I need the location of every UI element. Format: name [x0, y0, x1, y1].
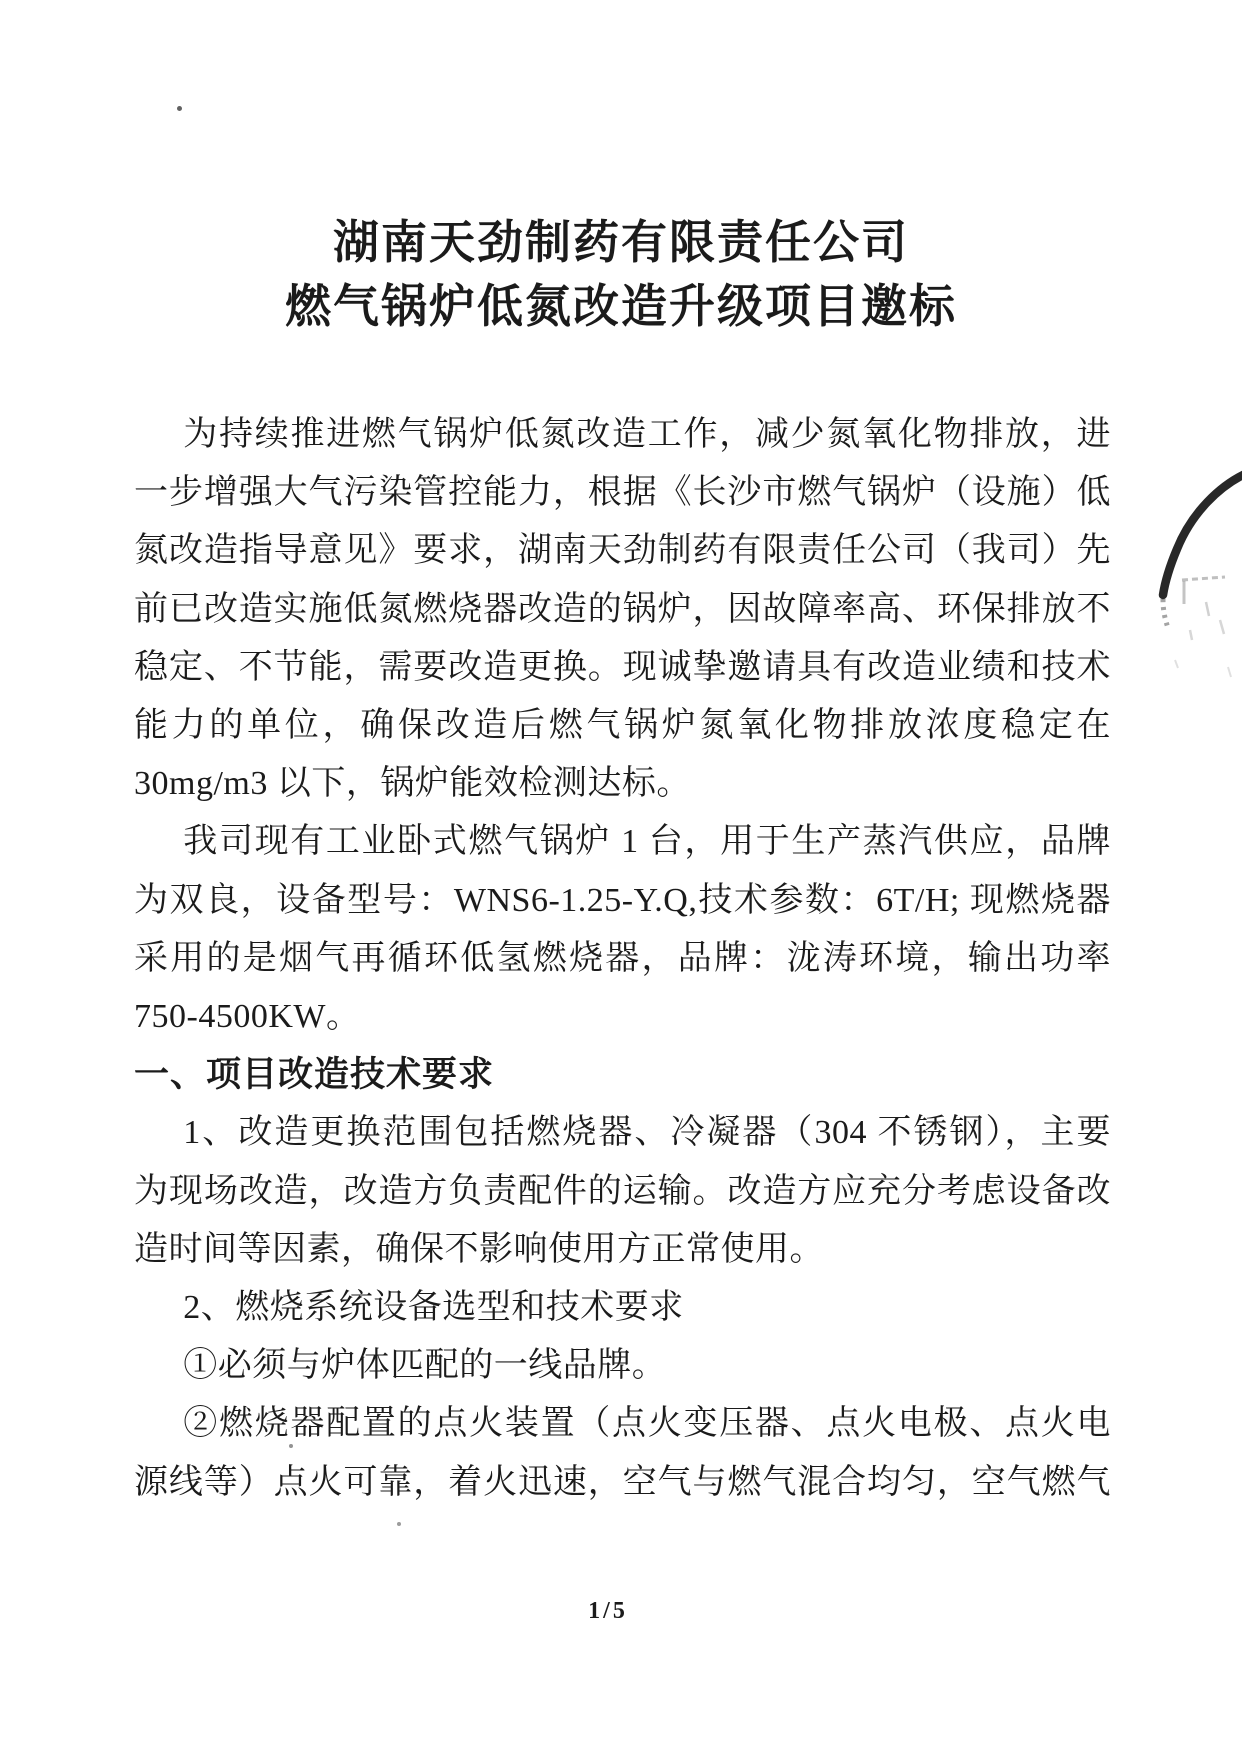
- text-line: ①必须与炉体匹配的一线品牌。: [134, 1337, 1111, 1395]
- text-line: 采用的是烟气再循环低氢燃烧器，品牌：泷涛环境，输出功率: [134, 930, 1111, 988]
- text-line: 750-4500KW。: [134, 988, 1111, 1046]
- text-line: 前已改造实施低氮燃烧器改造的锅炉，因故障率高、环保排放不: [134, 581, 1111, 639]
- scan-speck: [397, 1522, 401, 1526]
- text-line: 稳定、不节能，需要改造更换。现诚挚邀请具有改造业绩和技术: [134, 639, 1111, 697]
- document-body: 为持续推进燃气锅炉低氮改造工作，减少氮氧化物排放，进一步增强大气污染管控能力，根…: [134, 406, 1111, 1512]
- text-line: 为双良，设备型号：WNS6-1.25-Y.Q,技术参数：6T/H; 现燃烧器: [134, 872, 1111, 930]
- scanned-document-page: 湖南天劲制药有限责任公司 燃气锅炉低氮改造升级项目邀标 为持续推进燃气锅炉低氮改…: [0, 0, 1242, 1754]
- document-title: 湖南天劲制药有限责任公司 燃气锅炉低氮改造升级项目邀标: [0, 210, 1242, 338]
- stamp-seal-arc-icon: [1148, 452, 1242, 742]
- text-line: 为持续推进燃气锅炉低氮改造工作，减少氮氧化物排放，进: [134, 406, 1111, 464]
- text-line: ②燃烧器配置的点火装置（点火变压器、点火电极、点火电: [134, 1395, 1111, 1453]
- text-line: 造时间等因素，确保不影响使用方正常使用。: [134, 1221, 1111, 1279]
- text-line: 源线等）点火可靠，着火迅速，空气与燃气混合均匀，空气燃气: [134, 1454, 1111, 1512]
- text-line: 一、项目改造技术要求: [134, 1046, 1111, 1104]
- title-line-1: 湖南天劲制药有限责任公司: [0, 210, 1242, 274]
- text-line: 1、改造更换范围包括燃烧器、冷凝器（304 不锈钢），主要: [134, 1104, 1111, 1162]
- text-line: 为现场改造，改造方负责配件的运输。改造方应充分考虑设备改: [134, 1163, 1111, 1221]
- scan-speck: [177, 106, 182, 111]
- title-line-2: 燃气锅炉低氮改造升级项目邀标: [0, 274, 1242, 338]
- text-line: 氮改造指导意见》要求，湖南天劲制药有限责任公司（我司）先: [134, 522, 1111, 580]
- text-line: 能力的单位，确保改造后燃气锅炉氮氧化物排放浓度稳定在: [134, 697, 1111, 755]
- text-line: 我司现有工业卧式燃气锅炉 1 台，用于生产蒸汽供应，品牌: [134, 813, 1111, 871]
- text-line: 30mg/m3 以下，锅炉能效检测达标。: [134, 755, 1111, 813]
- text-line: 2、燃烧系统设备选型和技术要求: [134, 1279, 1111, 1337]
- text-line: 一步增强大气污染管控能力，根据《长沙市燃气锅炉（设施）低: [134, 464, 1111, 522]
- page-number: 1/5: [0, 1598, 1242, 1625]
